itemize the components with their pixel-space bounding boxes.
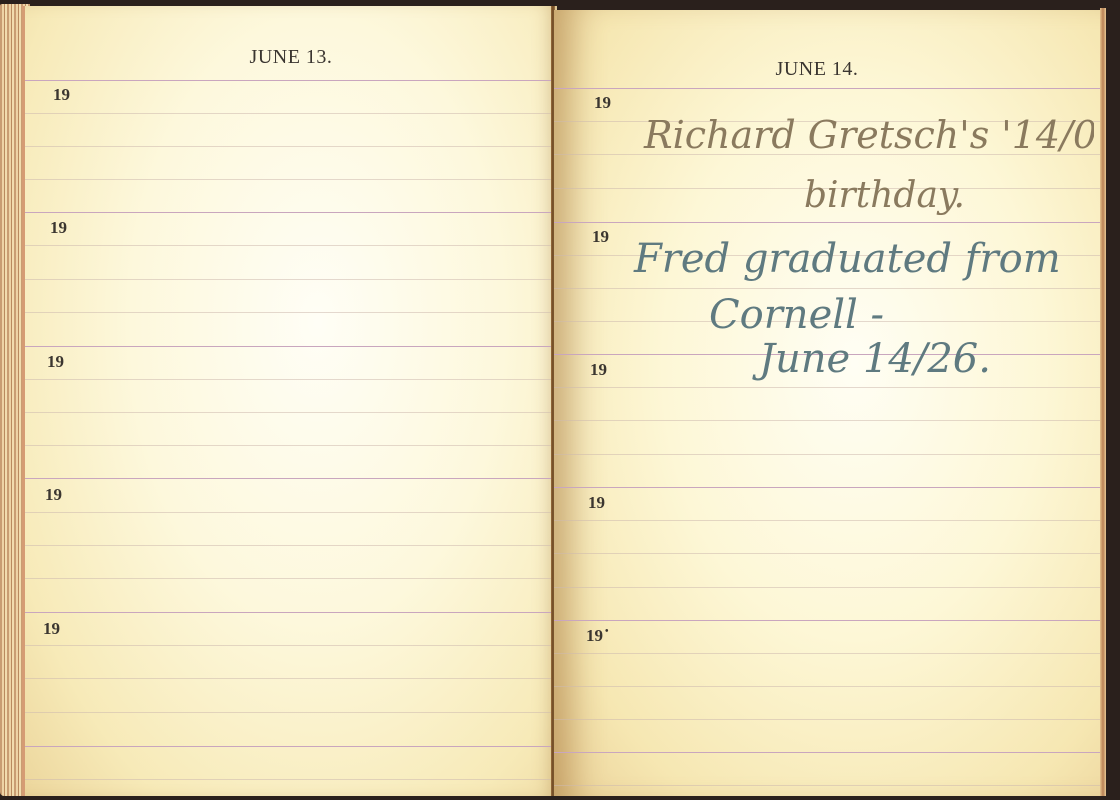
note-line: June 14/26. bbox=[752, 336, 991, 382]
ruled-line bbox=[554, 785, 1100, 786]
handwritten-note-graduation: Fred graduated from Cornell - June 14/26… bbox=[629, 220, 1099, 405]
ruled-line bbox=[25, 645, 557, 646]
section-divider bbox=[25, 478, 557, 479]
ruled-line bbox=[25, 512, 557, 513]
ruled-line bbox=[25, 578, 557, 579]
ruled-line bbox=[25, 312, 557, 313]
year-prefix: 19 bbox=[590, 360, 607, 380]
page-edge-right bbox=[1100, 8, 1106, 796]
ruled-line bbox=[554, 553, 1100, 554]
note-line: birthday. bbox=[804, 175, 965, 216]
year-prefix: 19 bbox=[45, 485, 62, 505]
section-divider bbox=[25, 212, 557, 213]
ruled-line bbox=[25, 678, 557, 679]
ruled-line bbox=[25, 146, 557, 147]
section-divider bbox=[554, 354, 1100, 355]
year-prefix-text: 19 bbox=[586, 626, 603, 645]
ruled-line bbox=[554, 653, 1100, 654]
ruled-line bbox=[25, 245, 557, 246]
ruled-line bbox=[554, 255, 1100, 256]
ruled-line bbox=[554, 686, 1100, 687]
ruled-line bbox=[25, 113, 557, 114]
ruled-line bbox=[554, 321, 1100, 322]
section-divider bbox=[554, 487, 1100, 488]
section-divider bbox=[554, 222, 1100, 223]
ruled-line bbox=[554, 520, 1100, 521]
section-divider bbox=[25, 746, 557, 747]
ruled-line bbox=[554, 587, 1100, 588]
ink-mark: • bbox=[605, 626, 609, 637]
ruled-line bbox=[554, 454, 1100, 455]
ruled-line bbox=[25, 545, 557, 546]
ruled-line bbox=[25, 712, 557, 713]
ruled-line bbox=[25, 445, 557, 446]
section-divider bbox=[554, 620, 1100, 621]
ruled-line bbox=[554, 387, 1100, 388]
note-line: Cornell - bbox=[709, 292, 884, 338]
year-prefix: 19 bbox=[594, 93, 611, 113]
page-header: JUNE 13. bbox=[25, 46, 557, 69]
ruled-line bbox=[25, 412, 557, 413]
ruled-line bbox=[554, 288, 1100, 289]
year-prefix: 19 bbox=[592, 227, 609, 247]
ruled-line bbox=[554, 188, 1100, 189]
year-prefix: 19 bbox=[43, 619, 60, 639]
page-header: JUNE 14. bbox=[554, 58, 1100, 81]
year-prefix: 19• bbox=[586, 626, 609, 646]
ruled-line bbox=[25, 179, 557, 180]
year-prefix: 19 bbox=[53, 85, 70, 105]
section-divider bbox=[25, 346, 557, 347]
ruled-line bbox=[25, 279, 557, 280]
ruled-line bbox=[25, 379, 557, 380]
ruled-line bbox=[554, 154, 1100, 155]
note-line: Richard Gretsch's '14/08 bbox=[643, 113, 1094, 157]
ruled-line bbox=[554, 420, 1100, 421]
ruled-line bbox=[554, 121, 1100, 122]
ruled-line bbox=[554, 719, 1100, 720]
right-page-june-14: JUNE 14. 19 19 19 19 19• Richard Gretsc bbox=[554, 10, 1103, 796]
section-divider bbox=[554, 752, 1100, 753]
open-diary: JUNE 13. 19 19 19 19 19 JUNE 14. bbox=[0, 0, 1120, 800]
section-divider bbox=[25, 612, 557, 613]
section-divider bbox=[25, 80, 557, 81]
year-prefix: 19 bbox=[47, 352, 64, 372]
year-prefix: 19 bbox=[588, 493, 605, 513]
year-prefix: 19 bbox=[50, 218, 67, 238]
ruled-line bbox=[25, 779, 557, 780]
left-page-june-13: JUNE 13. 19 19 19 19 19 bbox=[22, 6, 557, 796]
note-line: Fred graduated from bbox=[633, 236, 1061, 282]
section-divider bbox=[554, 88, 1100, 89]
